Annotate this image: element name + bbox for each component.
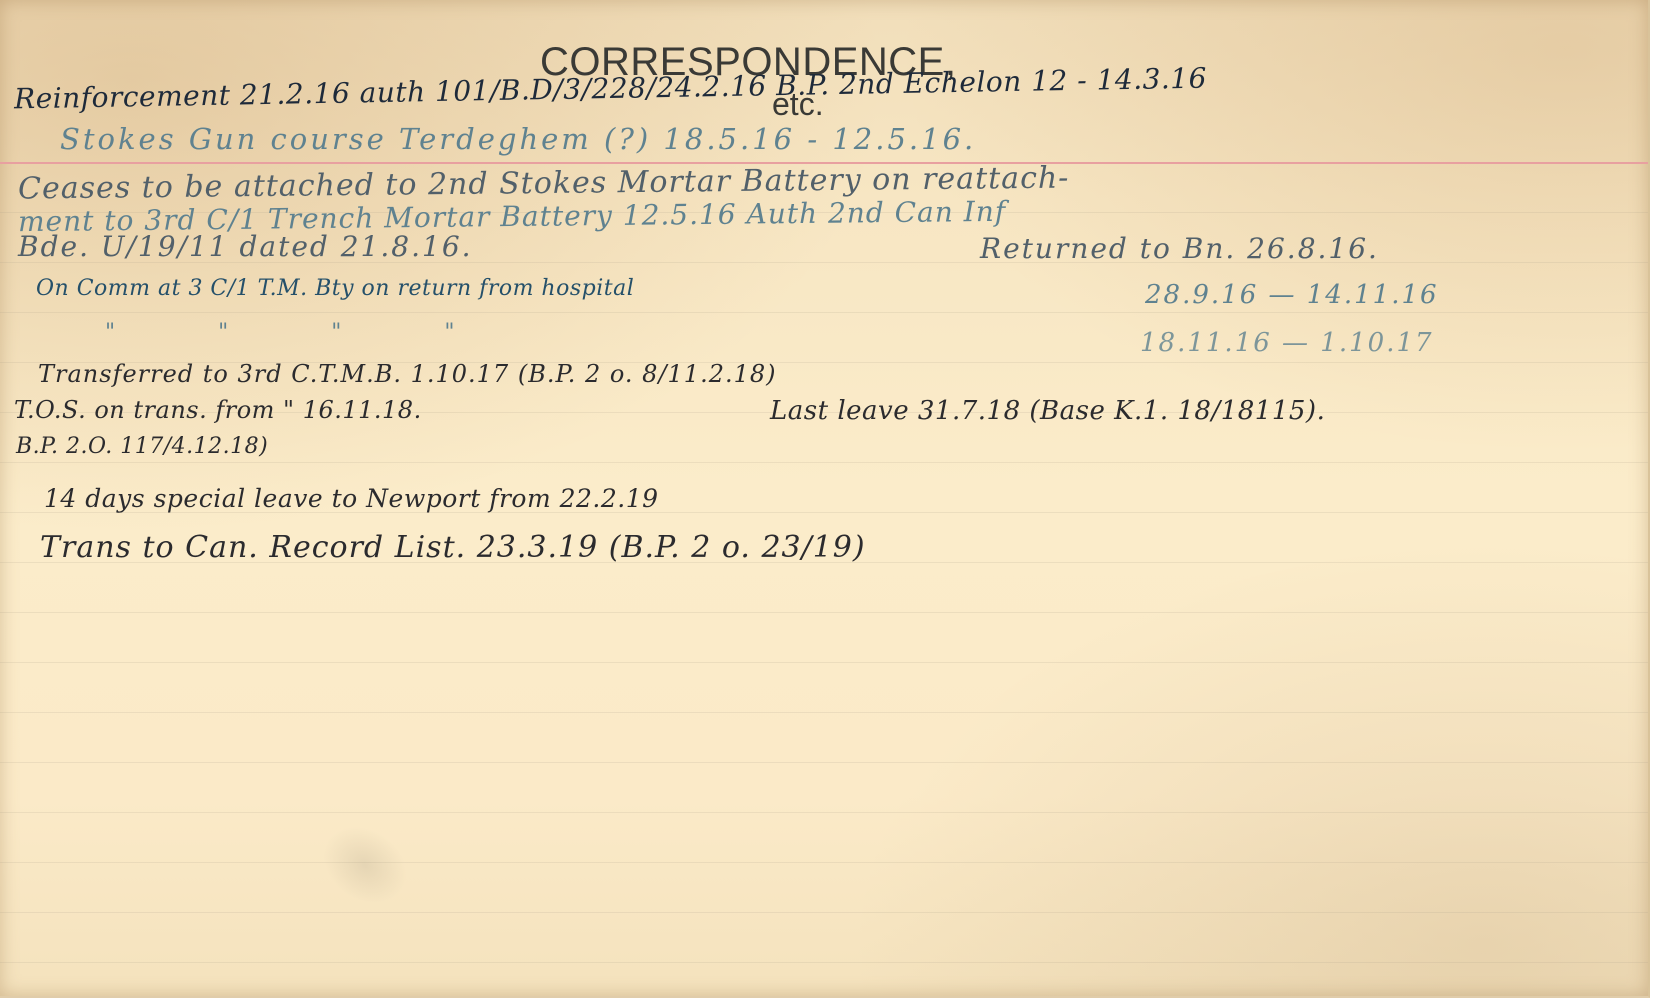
ruled-line <box>0 762 1648 763</box>
ruled-line <box>0 712 1648 713</box>
ruled-line <box>0 912 1648 913</box>
entry-transferred: Transferred to 3rd C.T.M.B. 1.10.17 (B.P… <box>38 360 777 388</box>
entry-on-command: On Comm at 3 C/1 T.M. Bty on return from… <box>36 276 634 301</box>
ruled-line <box>0 862 1648 863</box>
ruled-line <box>0 962 1648 963</box>
entry-tos-on-trans: T.O.S. on trans. from " 16.11.18. <box>14 396 422 424</box>
entry-stokes-gun-course: Stokes Gun course Terdeghem (?) 18.5.16 … <box>60 122 976 156</box>
ruled-line <box>0 612 1648 613</box>
ruled-line <box>0 312 1648 313</box>
ruled-line <box>0 662 1648 663</box>
entry-trans-record: Trans to Can. Record List. 23.3.19 (B.P.… <box>40 530 866 565</box>
service-record-card: CORRESPONDENCE, etc. Reinforcement 21.2.… <box>0 0 1650 998</box>
entry-bp-ref: B.P. 2.O. 117/4.12.18) <box>16 434 268 459</box>
entry-last-leave: Last leave 31.7.18 (Base K.1. 18/18115). <box>770 396 1325 426</box>
entry-on-command-dates: 28.9.16 — 14.11.16 <box>1145 280 1439 310</box>
entry-ceases-attached-line3: Bde. U/19/11 dated 21.8.16. <box>18 230 473 263</box>
entry-ditto-marks: " " " " <box>105 320 502 345</box>
entry-ditto-dates: 18.11.16 — 1.10.17 <box>1140 328 1434 358</box>
entry-special-leave: 14 days special leave to Newport from 22… <box>44 484 659 513</box>
paper-stain <box>308 811 422 920</box>
entry-returned-to-bn: Returned to Bn. 26.8.16. <box>980 232 1379 265</box>
ruled-line <box>0 812 1648 813</box>
ruled-line <box>0 462 1648 463</box>
